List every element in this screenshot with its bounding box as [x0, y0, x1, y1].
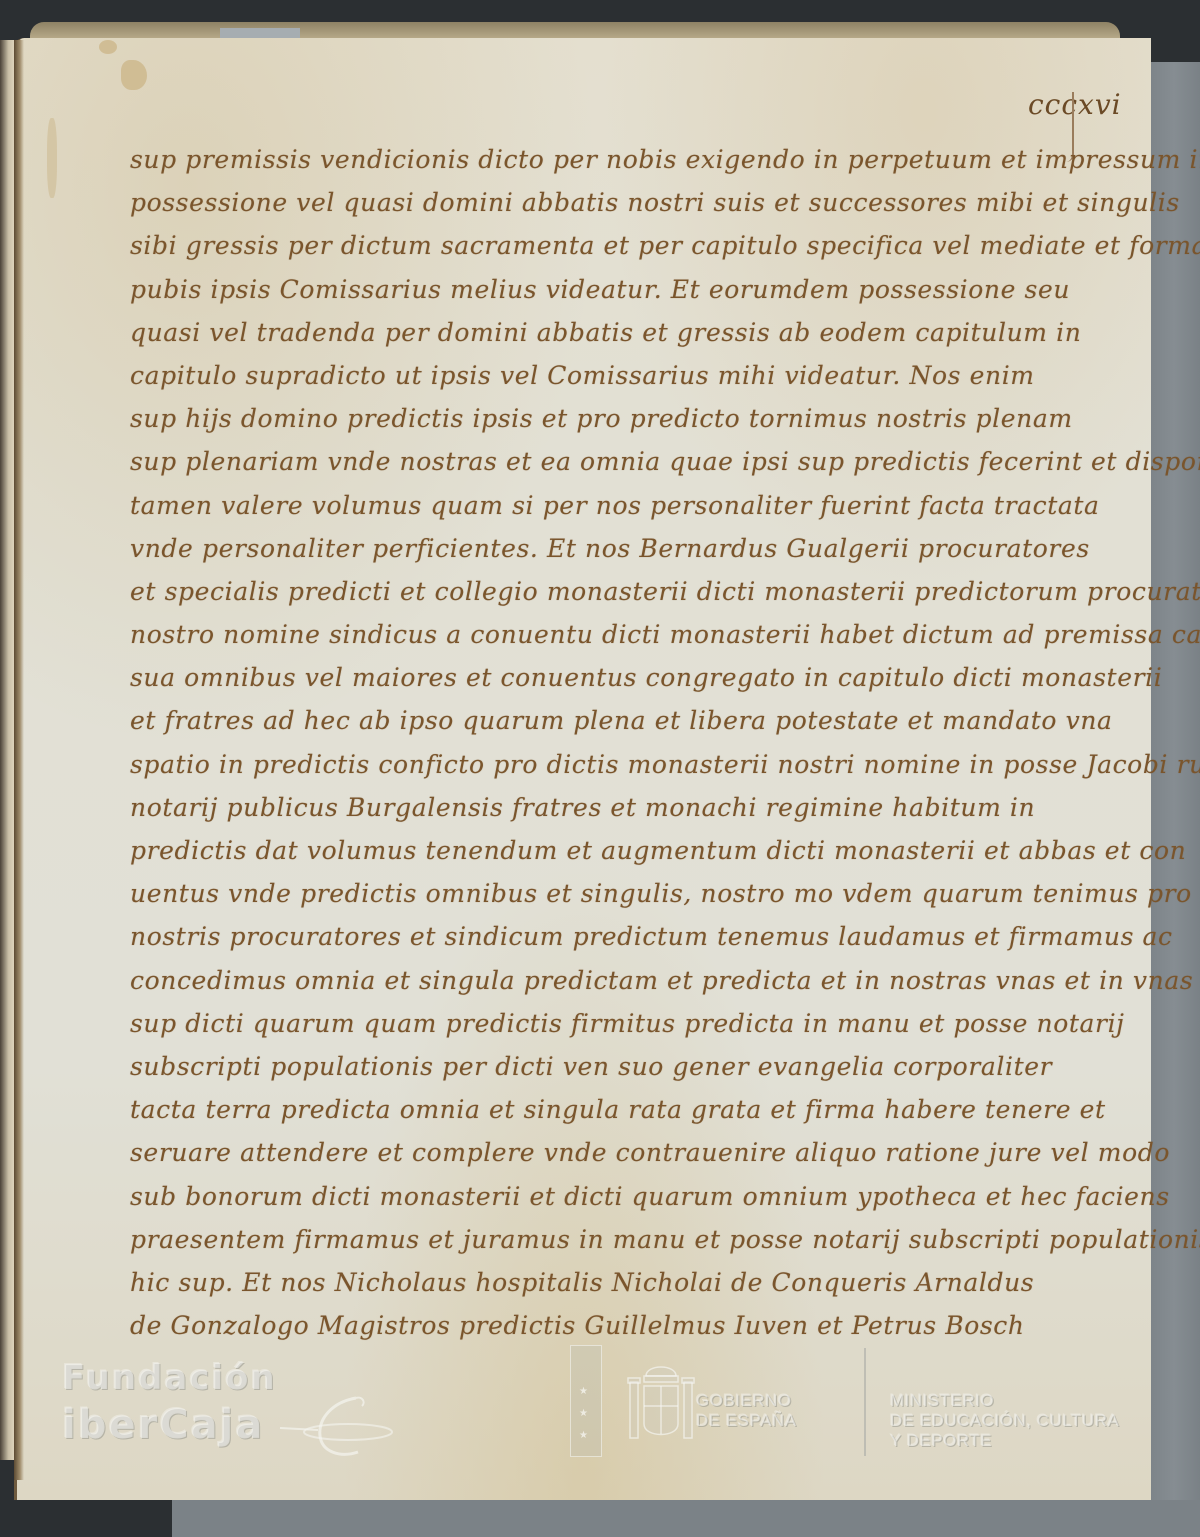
- text-line: tamen valere volumus quam si per nos per…: [130, 484, 990, 527]
- ink-stain: [99, 40, 117, 54]
- text-line: sua omnibus vel maiores et conuentus con…: [130, 656, 990, 699]
- text-line: notarij publicus Burgalensis fratres et …: [130, 786, 990, 829]
- page-gutter-shadow: [14, 40, 24, 1480]
- text-line: tacta terra predicta omnia et singula ra…: [130, 1088, 990, 1131]
- background-panel-bottom: [172, 1500, 1200, 1537]
- text-line: sup plenariam vnde nostras et ea omnia q…: [130, 440, 990, 483]
- text-line: sub bonorum dicti monasterii et dicti qu…: [130, 1175, 990, 1218]
- text-line: vnde personaliter perficientes. Et nos B…: [130, 527, 990, 570]
- manuscript-text: sup premissis vendicionis dicto per nobi…: [130, 138, 990, 1347]
- text-line: de Gonzalogo Magistros predictis Guillel…: [130, 1304, 990, 1347]
- text-line: sibi gressis per dictum sacramenta et pe…: [130, 224, 990, 267]
- text-line: uentus vnde predictis omnibus et singuli…: [130, 872, 990, 915]
- text-line: pubis ipsis Comissarius melius videatur.…: [130, 268, 990, 311]
- text-line: nostro nomine sindicus a conuentu dicti …: [130, 613, 990, 656]
- text-line: quasi vel tradenda per domini abbatis et…: [130, 311, 990, 354]
- text-line: spatio in predictis conficto pro dictis …: [130, 743, 990, 786]
- book-spine-edge: [0, 40, 14, 1460]
- text-line: predictis dat volumus tenendum et augmen…: [130, 829, 990, 872]
- water-stain: [47, 118, 57, 198]
- text-line: sup hijs domino predictis ipsis et pro p…: [130, 397, 990, 440]
- text-line: et specialis predicti et collegio monast…: [130, 570, 990, 613]
- binding-tab: [220, 28, 300, 38]
- text-line: sup premissis vendicionis dicto per nobi…: [130, 138, 990, 181]
- text-line: concedimus omnia et singula predictam et…: [130, 959, 990, 1002]
- water-stain: [121, 60, 147, 90]
- text-line: praesentem firmamus et juramus in manu e…: [130, 1218, 990, 1261]
- text-line: hic sup. Et nos Nicholaus hospitalis Nic…: [130, 1261, 990, 1304]
- background-panel-right: [1148, 62, 1200, 1537]
- text-line: sup dicti quarum quam predictis firmitus…: [130, 1002, 990, 1045]
- text-line: subscripti populationis per dicti ven su…: [130, 1045, 990, 1088]
- scan-scene: cccxvi sup premissis vendicionis dicto p…: [0, 0, 1200, 1537]
- text-line: et fratres ad hec ab ipso quarum plena e…: [130, 699, 990, 742]
- folio-number: cccxvi: [1028, 88, 1122, 121]
- text-line: nostris procuratores et sindicum predict…: [130, 915, 990, 958]
- text-line: capitulo supradicto ut ipsis vel Comissa…: [130, 354, 990, 397]
- text-line: possessione vel quasi domini abbatis nos…: [130, 181, 990, 224]
- text-line: seruare attendere et complere vnde contr…: [130, 1131, 990, 1174]
